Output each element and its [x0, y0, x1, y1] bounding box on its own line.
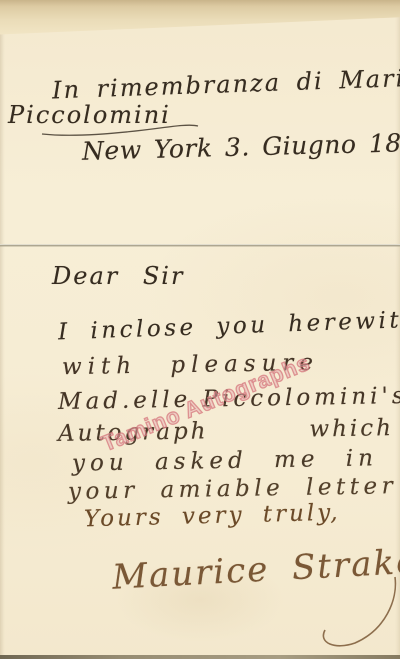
page-edge-line — [0, 244, 400, 247]
signature: Maurice Strakosch — [111, 538, 400, 597]
bottom-edge — [0, 655, 400, 659]
letter-closing: Yours very truly, — [84, 500, 341, 533]
letter-line-4-word-2: which — [309, 415, 394, 442]
note-dateline: New York 3. Giugno 1859. — [82, 127, 400, 165]
backing-sheet-edge — [0, 0, 400, 36]
letter-line-1: I inclose you herewith — [58, 307, 400, 346]
letter-line-6: your amiable letter — [68, 473, 398, 505]
note-line-1: In rimembranza di Maria — [52, 64, 400, 105]
note-line-2: Piccolomini — [8, 101, 171, 129]
letter-salutation: Dear Sir — [52, 262, 184, 290]
autograph-letter-scan: In rimembranza di Maria Piccolomini New … — [0, 0, 400, 659]
